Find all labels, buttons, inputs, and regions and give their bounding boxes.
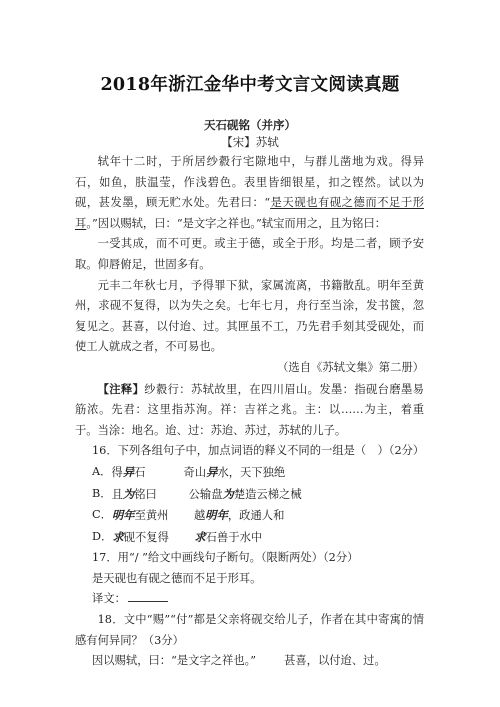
option-b-left: 且为铭曰 xyxy=(112,484,189,506)
question-17-translation: 译文： xyxy=(75,589,424,610)
notes: 【注释】纱縠行：苏轼故里，在四川眉山。发墨：指砚台磨墨易筋浓。先君：这里指苏洵。… xyxy=(75,379,424,442)
paragraph-2: 一受其成，而不可更。或主于德，或全于形。均是二者，顾予安取。仰唇俯足，世固多有。 xyxy=(75,234,424,275)
paragraph-1: 轼年十二时，于所居纱縠行宅隙地中，与群儿凿地为戏。得异石，如鱼，肤温莹，作浅碧色… xyxy=(75,152,424,234)
source-citation: （选自《苏轼文集》第二册） xyxy=(75,358,424,379)
passage-author: 【宋】苏轼 xyxy=(0,134,500,150)
quote-1: 因以赐轼，曰：“是文字之祥也。” xyxy=(92,654,256,667)
option-a-right: 奇山异水，天下独绝 xyxy=(183,462,285,484)
translation-label: 译文： xyxy=(92,592,126,605)
option-c: C． 明年至黄州 越明年，政通人和 xyxy=(75,505,424,527)
option-a: A． 得异石 奇山异水，天下独绝 xyxy=(75,462,424,484)
option-d-left: 求砚不复得 xyxy=(112,527,194,549)
paragraph-1-text-end: 。”因以赐轼，曰：“是文字之祥也。”轼宝而用之，且为铭曰： xyxy=(86,217,386,230)
question-18-stem: 18．文中“赐”“付”都是父亲将砚交给儿子，作者在其中寄寓的情感有何异同？（3分… xyxy=(75,610,424,651)
option-d: D． 求砚不复得 求石兽于水中 xyxy=(75,527,424,549)
translation-blank[interactable] xyxy=(128,589,168,602)
option-b: B． 且为铭曰 公输盘为楚造云梯之械 xyxy=(75,484,424,506)
document-body: 轼年十二时，于所居纱縠行宅隙地中，与群儿凿地为戏。得异石，如鱼，肤温莹，作浅碧色… xyxy=(75,152,424,672)
option-c-right: 越明年，政通人和 xyxy=(194,505,284,527)
option-label: B． xyxy=(92,484,112,506)
option-a-left: 得异石 xyxy=(111,462,183,484)
option-label: D． xyxy=(92,527,112,549)
option-label: C． xyxy=(92,505,112,527)
notes-label: 【注释】 xyxy=(98,382,145,396)
passage-title: 天石砚铭（并序） xyxy=(0,117,500,133)
document-page: 2018年浙江金华中考文言文阅读真题 天石砚铭（并序） 【宋】苏轼 轼年十二时，… xyxy=(0,0,500,707)
quote-2: 甚喜，以付迨、过。 xyxy=(284,654,386,667)
option-label: A． xyxy=(92,462,111,484)
question-17-stem: 17．用“/ ”给文中画线句子断句。（限断两处）（2分） xyxy=(75,548,424,569)
option-d-right: 求石兽于水中 xyxy=(194,527,262,549)
paragraph-3: 元丰二年秋七月，予得罪下狱，家属流离，书籍散乱。明年至黄州，求砚不复得，以为失之… xyxy=(75,276,424,358)
question-16-stem: 16．下列各组句子中，加点词语的释义不同的一组是（ ）（2分） xyxy=(75,441,424,462)
option-c-left: 明年至黄州 xyxy=(112,505,194,527)
question-18-quotes: 因以赐轼，曰：“是文字之祥也。”甚喜，以付迨、过。 xyxy=(75,651,424,672)
question-17-sentence: 是天砚也有砚之德而不足于形耳。 xyxy=(75,569,424,590)
option-b-right: 公输盘为楚造云梯之械 xyxy=(189,484,302,506)
page-title: 2018年浙江金华中考文言文阅读真题 xyxy=(0,71,500,96)
